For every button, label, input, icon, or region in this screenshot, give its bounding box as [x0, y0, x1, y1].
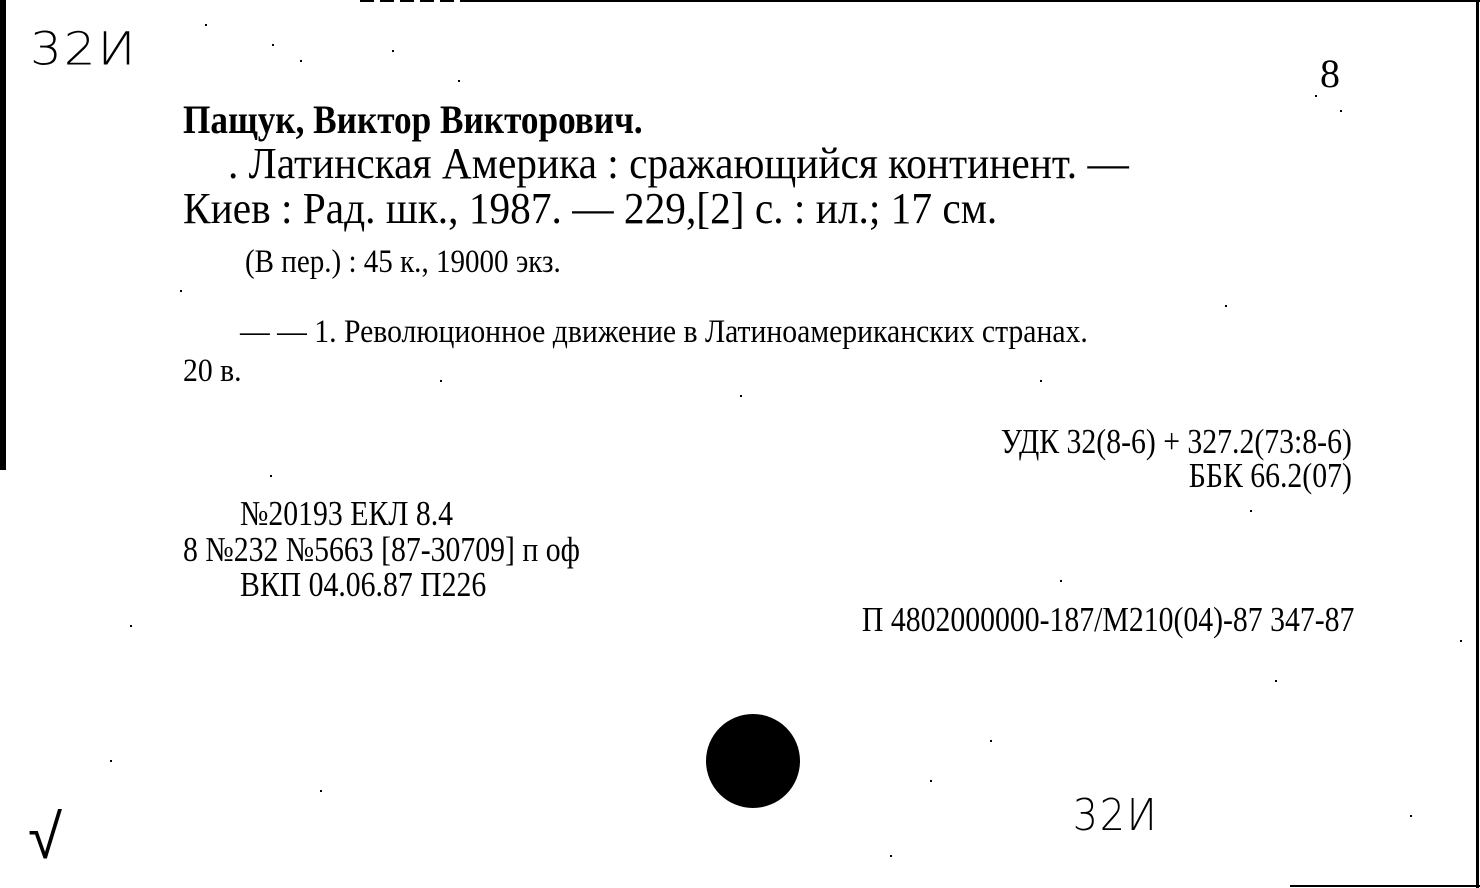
- check-mark-icon: √: [28, 800, 64, 873]
- speck: [272, 44, 274, 46]
- speck: [440, 380, 442, 382]
- speck: [180, 290, 182, 292]
- publisher-index: П 4802000000-187/М210(04)-87 347-87: [862, 600, 1354, 640]
- speck: [300, 60, 302, 62]
- speck: [110, 760, 112, 762]
- bbk-classification: ББК 66.2(07): [1189, 456, 1352, 496]
- imprint-statement: Киев : Рад. шк., 1987. — 229,[2] с. : ил…: [183, 183, 997, 234]
- speck: [1250, 510, 1252, 512]
- speck: [890, 855, 892, 857]
- subject-heading-continued: 20 в.: [183, 353, 242, 390]
- speck: [1460, 640, 1462, 642]
- speck: [205, 24, 207, 26]
- speck: [1060, 580, 1062, 582]
- speck: [930, 780, 932, 782]
- author-heading: Пащук, Виктор Викторович.: [183, 96, 643, 143]
- speck: [1040, 380, 1042, 382]
- speck: [320, 790, 322, 792]
- speck: [1225, 305, 1227, 307]
- speck: [392, 50, 394, 52]
- speck: [1275, 680, 1277, 682]
- card-left-edge: [0, 0, 6, 470]
- catalog-card: 32И 8 Пащук, Виктор Викторович. . Латинс…: [0, 0, 1480, 888]
- speck: [740, 395, 742, 397]
- speck: [990, 740, 992, 742]
- technical-line-2: 8 №232 №5663 [87-30709] п оф: [183, 530, 580, 570]
- technical-line-1: №20193 ЕКЛ 8.4: [240, 494, 453, 534]
- card-top-edge: [470, 0, 1480, 2]
- card-top-edge-dashed: [360, 0, 470, 2]
- speck: [1315, 95, 1317, 97]
- handwritten-shelf-code-top: 32И: [30, 23, 137, 75]
- subject-heading: — — 1. Революционное движение в Латиноам…: [240, 314, 1088, 351]
- card-right-edge: [1476, 0, 1479, 888]
- speck: [1340, 110, 1342, 112]
- speck: [270, 475, 272, 477]
- card-number: 8: [1320, 50, 1340, 97]
- speck: [1410, 815, 1412, 817]
- card-bottom-edge: [1290, 885, 1480, 887]
- punch-hole: [706, 714, 800, 808]
- handwritten-shelf-code-bottom: 32И: [1073, 790, 1159, 841]
- speck: [130, 625, 132, 627]
- speck: [458, 80, 460, 82]
- price-and-print-run: (В пер.) : 45 к., 19000 экз.: [245, 244, 561, 281]
- technical-line-3: ВКП 04.06.87 П226: [240, 565, 486, 605]
- title-statement: . Латинская Америка : сражающийся контин…: [228, 138, 1129, 189]
